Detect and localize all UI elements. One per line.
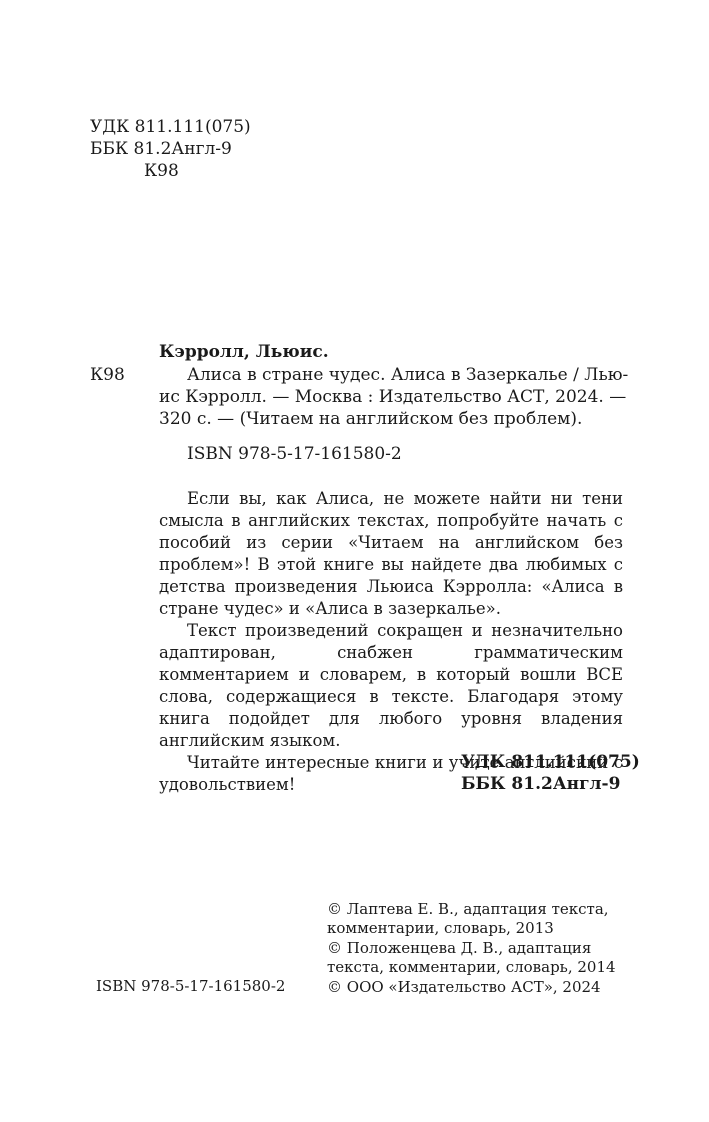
copyright-line: © Лаптева Е. В., адаптация текста, — [327, 900, 616, 919]
copyright-line: © ООО «Издательство АСТ», 2024 — [327, 978, 616, 997]
bbk-code-top: ББК 81.2Англ-9 — [90, 138, 232, 160]
copyright-block: © Лаптева Е. В., адаптация текста, комме… — [327, 900, 616, 997]
copyright-line: © Положенцева Д. В., адаптация — [327, 939, 616, 958]
annotation-paragraph-1: Если вы, как Алиса, не можете найти ни т… — [159, 488, 623, 620]
bbk-code-bottom: ББК 81.2Англ-9 — [461, 773, 620, 795]
udk-code-top: УДК 811.111(075) — [90, 116, 251, 138]
udk-code-bottom: УДК 811.111(075) — [461, 751, 640, 773]
isbn-card: ISBN 978-5-17-161580-2 — [187, 443, 402, 465]
description-line-3: 320 с. — (Читаем на английском без пробл… — [159, 408, 582, 430]
description-line-2: ис Кэрролл. — Москва : Издательство АСТ,… — [159, 386, 626, 408]
annotation: Если вы, как Алиса, не можете найти ни т… — [159, 488, 623, 796]
author-mark: К98 — [90, 364, 125, 386]
annotation-paragraph-2: Текст произведений сокращен и незначител… — [159, 620, 623, 752]
copyright-line: комментарии, словарь, 2013 — [327, 919, 616, 938]
isbn-footer: ISBN 978-5-17-161580-2 — [96, 977, 285, 996]
description-line-1: Алиса в стране чудес. Алиса в Зазеркалье… — [187, 364, 628, 386]
author-heading: Кэрролл, Льюис. — [159, 341, 329, 363]
copyright-line: текста, комментарии, словарь, 2014 — [327, 958, 616, 977]
author-mark-top: К98 — [144, 160, 179, 182]
